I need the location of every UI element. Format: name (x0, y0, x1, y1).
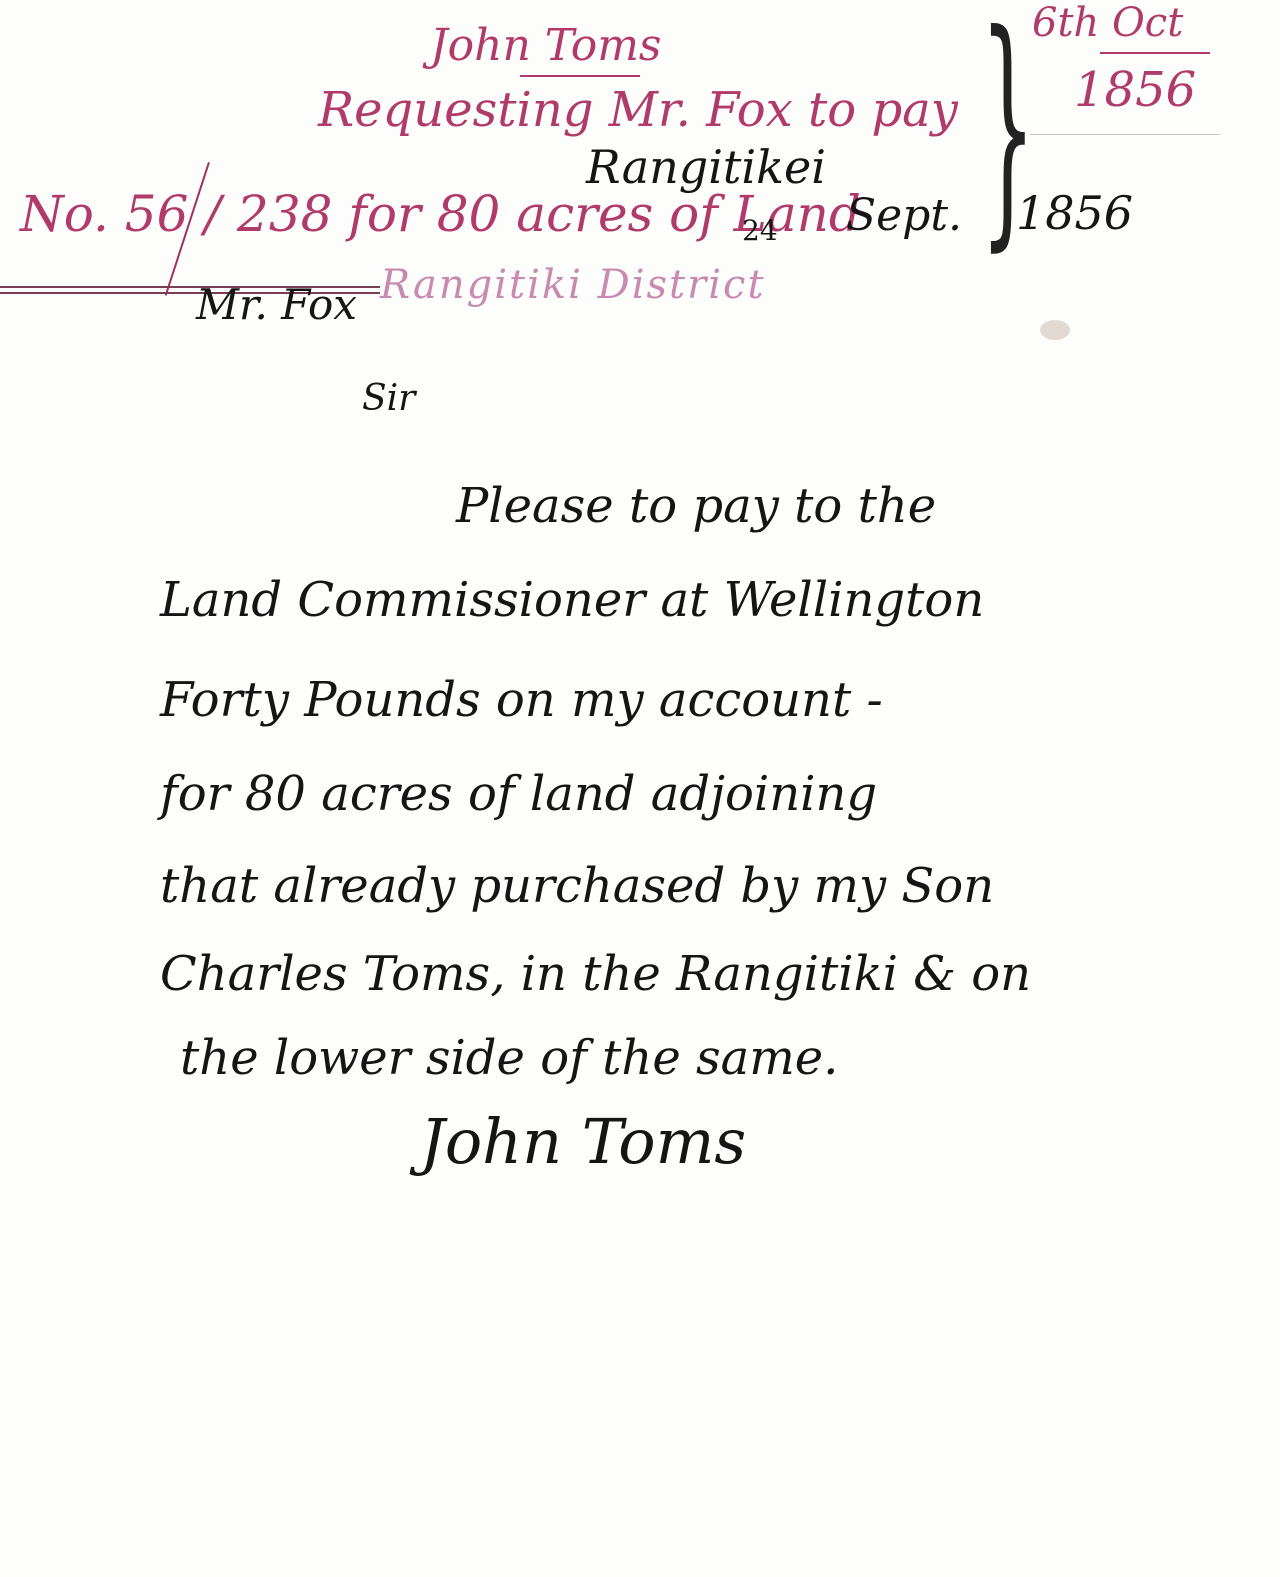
received-date-day: 6th Oct (1032, 0, 1183, 46)
salutation: Sir (362, 378, 415, 419)
title-underline (520, 75, 640, 77)
docket-day: 24 (742, 214, 778, 247)
body-line: Forty Pounds on my account - (160, 672, 883, 728)
body-line: Land Commissioner at Wellington (160, 572, 984, 628)
body-line: that already purchased by my Son (160, 858, 994, 914)
paper-mark (1040, 320, 1070, 340)
brace-mark: } (980, 2, 1036, 252)
body-line: Charles Toms, in the Rangitiki & on (160, 946, 1031, 1002)
body-line: Please to pay to the (456, 478, 936, 534)
date-separator (1030, 134, 1220, 135)
docket-title: John Toms (430, 20, 662, 71)
date-rule (1100, 52, 1210, 54)
docket-month: Sept. (846, 190, 962, 241)
addressee: Mr. Fox (196, 280, 357, 329)
body-line: the lower side of the same. (180, 1030, 838, 1086)
docket-subject: Requesting Mr. Fox to pay (318, 82, 958, 138)
docket-reference: No. 56 / 238 for 80 acres of Land (20, 185, 861, 243)
received-date-year: 1856 (1074, 62, 1196, 118)
body-line: for 80 acres of land adjoining (160, 766, 877, 822)
signature: John Toms (420, 1105, 746, 1178)
district-label: Rangitiki District (380, 262, 766, 308)
